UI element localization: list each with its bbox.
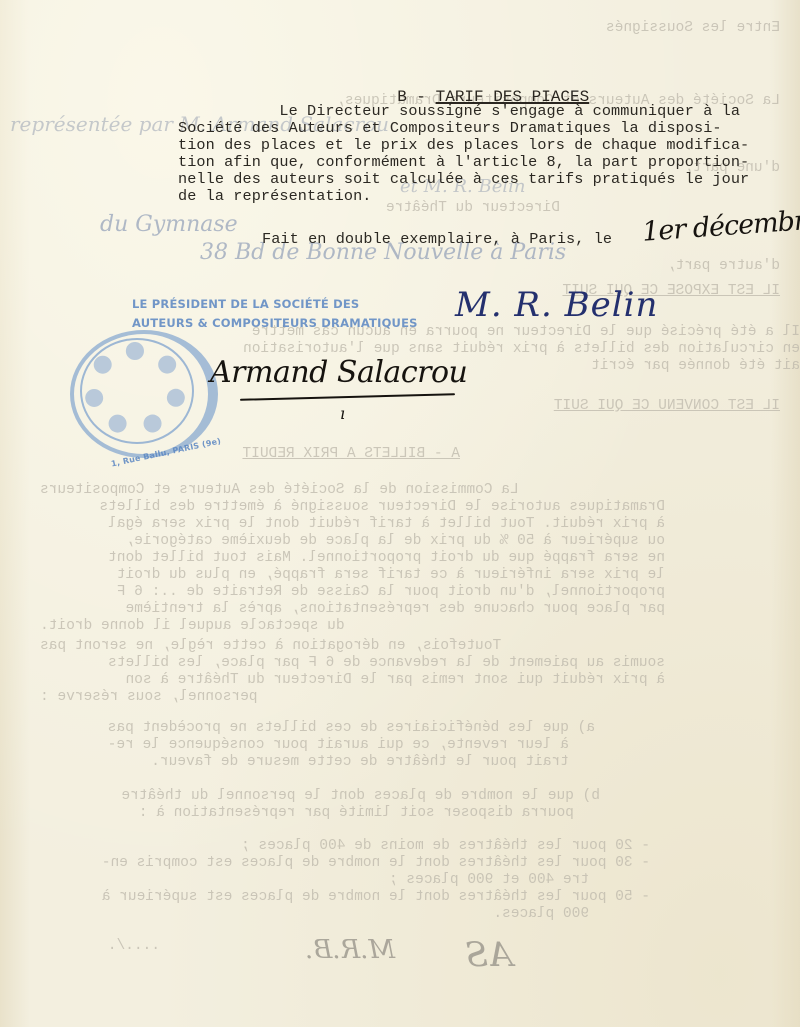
ghost-line: Dramatiques autorise le Directeur soussi… bbox=[40, 499, 665, 516]
ghost-line: La Commission de la Société des Auteurs … bbox=[40, 482, 665, 499]
paragraph-line: Société des Auteurs et Compositeurs Dram… bbox=[178, 120, 798, 137]
ghost-clause-b: b) que le nombre de places dont le perso… bbox=[55, 788, 600, 822]
ghost-clause-a: a) que les bénéficiaires de ces billets … bbox=[50, 720, 595, 771]
ghost-line: par place pour chacune des représentatio… bbox=[40, 601, 665, 618]
paragraph-line: tion des places et le prix des places lo… bbox=[178, 137, 798, 154]
ghost-page-continuation: ..../. bbox=[100, 938, 160, 955]
closing-line: Fait en double exemplaire, à Paris, le bbox=[262, 231, 612, 248]
stamp-line-1: LE PRÉSIDENT DE LA SOCIÉTÉ DES bbox=[132, 297, 359, 311]
ghost-toutefois: Toutefois, en dérogation à cette règle, … bbox=[40, 638, 665, 706]
society-seal: 1, Rue Ballu, PARIS (9e) bbox=[70, 330, 220, 460]
ghost-line: b) que le nombre de places dont le perso… bbox=[55, 788, 600, 805]
ghost-line: 900 places. bbox=[50, 906, 650, 923]
ghost-initials-left: M.R.B. bbox=[305, 935, 395, 965]
ghost-line: tre 400 et 900 places ; bbox=[50, 872, 650, 889]
ghost-handwriting-gymnase: du Gymnase bbox=[100, 212, 238, 237]
ghost-line: personnel, sous réserve : bbox=[40, 689, 665, 706]
president-signature: Armand Salacrou bbox=[210, 355, 467, 390]
ghost-line: à prix réduit qui sont remis par le Dire… bbox=[40, 672, 665, 689]
ghost-heading-a: A - BILLETS A PRIX REDUIT bbox=[210, 446, 460, 463]
ghost-line: - 50 pour les théâtres dont le nombre de… bbox=[50, 889, 650, 906]
ghost-line: ou supérieur à 50 % du prix de la place … bbox=[40, 533, 665, 550]
signature-mark: ı bbox=[340, 404, 345, 423]
ghost-line: Entre les Soussignés bbox=[440, 20, 780, 37]
paragraph-line: Le Directeur soussigné s'engage à commun… bbox=[178, 103, 798, 120]
ghost-line: - 30 pour les théâtres dont le nombre de… bbox=[50, 855, 650, 872]
paragraph-line: nelle des auteurs soit calculée à ces ta… bbox=[178, 171, 798, 188]
ghost-line: le prix sera inférieur à ce tarif sera f… bbox=[40, 567, 665, 584]
ghost-section-a: La Commission de la Société des Auteurs … bbox=[40, 482, 665, 635]
ghost-line: à leur revente, ce qui aurait pour consé… bbox=[50, 737, 595, 754]
handwritten-date: 1er décembre 1961 bbox=[641, 199, 800, 247]
ghost-heading: IL EST CONVENU CE QUI SUIT bbox=[410, 398, 780, 415]
ghost-line: soumis au paiement de la redevance de 6 … bbox=[40, 655, 665, 672]
ghost-initials-right: AS bbox=[465, 935, 513, 975]
paragraph-line: tion afin que, conformément à l'article … bbox=[178, 154, 798, 171]
ghost-quotas: - 20 pour les théâtres de moins de 400 p… bbox=[50, 838, 650, 923]
ghost-line: proportionnel, d'un droit pour la Caisse… bbox=[40, 584, 665, 601]
director-signature: M. R. Belin bbox=[455, 285, 658, 325]
ghost-line: du spectacle auquel il donne droit. bbox=[40, 618, 665, 635]
ghost-line: Toutefois, en dérogation à cette règle, … bbox=[40, 638, 665, 655]
ghost-line: pourra disposer soit limité par représen… bbox=[55, 805, 600, 822]
ghost-line: d'autre part, bbox=[640, 258, 780, 275]
tariff-paragraph: Le Directeur soussigné s'engage à commun… bbox=[178, 103, 798, 205]
section-heading: B - TARIF DES PIACES bbox=[378, 70, 589, 106]
paragraph-line: de la représentation. bbox=[178, 188, 798, 205]
laurel-wreath-icon bbox=[84, 342, 186, 436]
ghost-line: à prix réduit. Tout billet à tarif rédui… bbox=[40, 516, 665, 533]
stamp-line-2: AUTEURS & COMPOSITEURS DRAMATIQUES bbox=[132, 316, 418, 330]
ghost-line: trait pour le théâtre de cette mesure de… bbox=[50, 754, 595, 771]
ghost-line: - 20 pour les théâtres de moins de 400 p… bbox=[50, 838, 650, 855]
ghost-line: ne sera frappé que du droit proportionne… bbox=[40, 550, 665, 567]
ghost-line: a) que les bénéficiaires de ces billets … bbox=[50, 720, 595, 737]
